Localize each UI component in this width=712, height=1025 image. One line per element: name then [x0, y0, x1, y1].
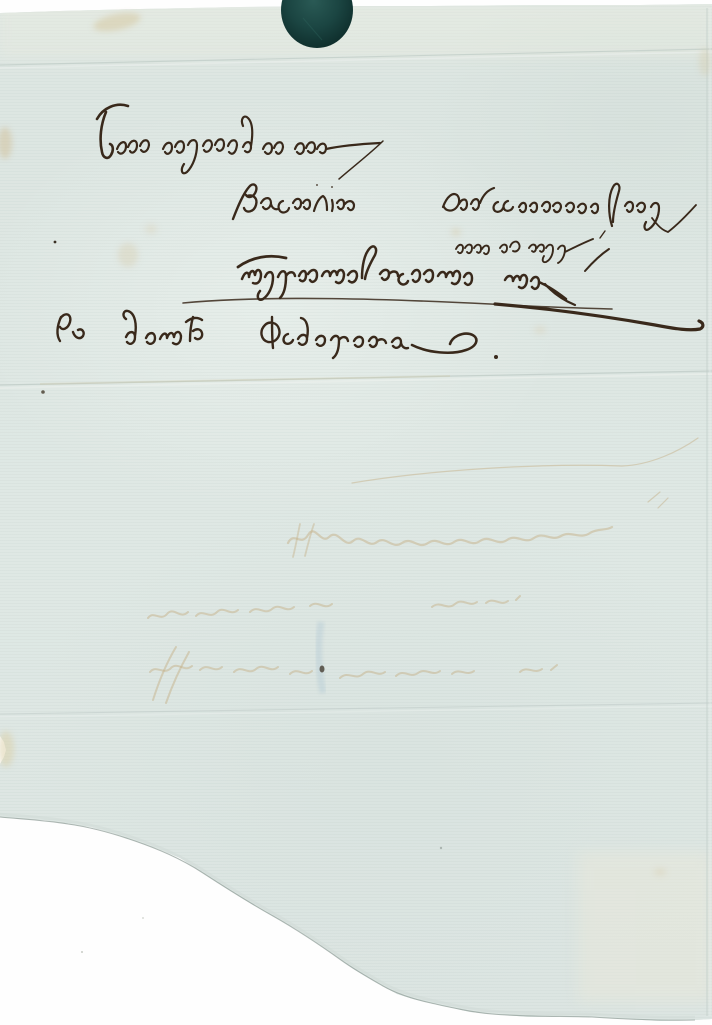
tear-edge — [0, 814, 695, 1020]
ink-speck — [320, 666, 325, 673]
address-line-1 — [97, 105, 383, 179]
scanned-letter: Его высокоблагородному Василію Васильеви… — [0, 0, 712, 1025]
handwriting-block — [41, 105, 703, 394]
period-dot — [494, 355, 498, 359]
address-line-4 — [57, 311, 498, 359]
margin-dust — [81, 847, 442, 953]
foxing-stains — [0, 9, 711, 876]
verso-showthrough — [148, 438, 698, 703]
wax-seal — [281, 0, 353, 48]
address-line-2 — [233, 184, 696, 232]
ink-speck-small — [41, 390, 45, 394]
margin-ink-dot — [54, 241, 57, 244]
address-line-3 — [183, 246, 703, 329]
scan-overlay — [0, 0, 712, 1025]
address-line-2-insert — [456, 231, 605, 263]
crease-lines — [0, 8, 712, 1016]
blue-smudge — [319, 622, 323, 693]
